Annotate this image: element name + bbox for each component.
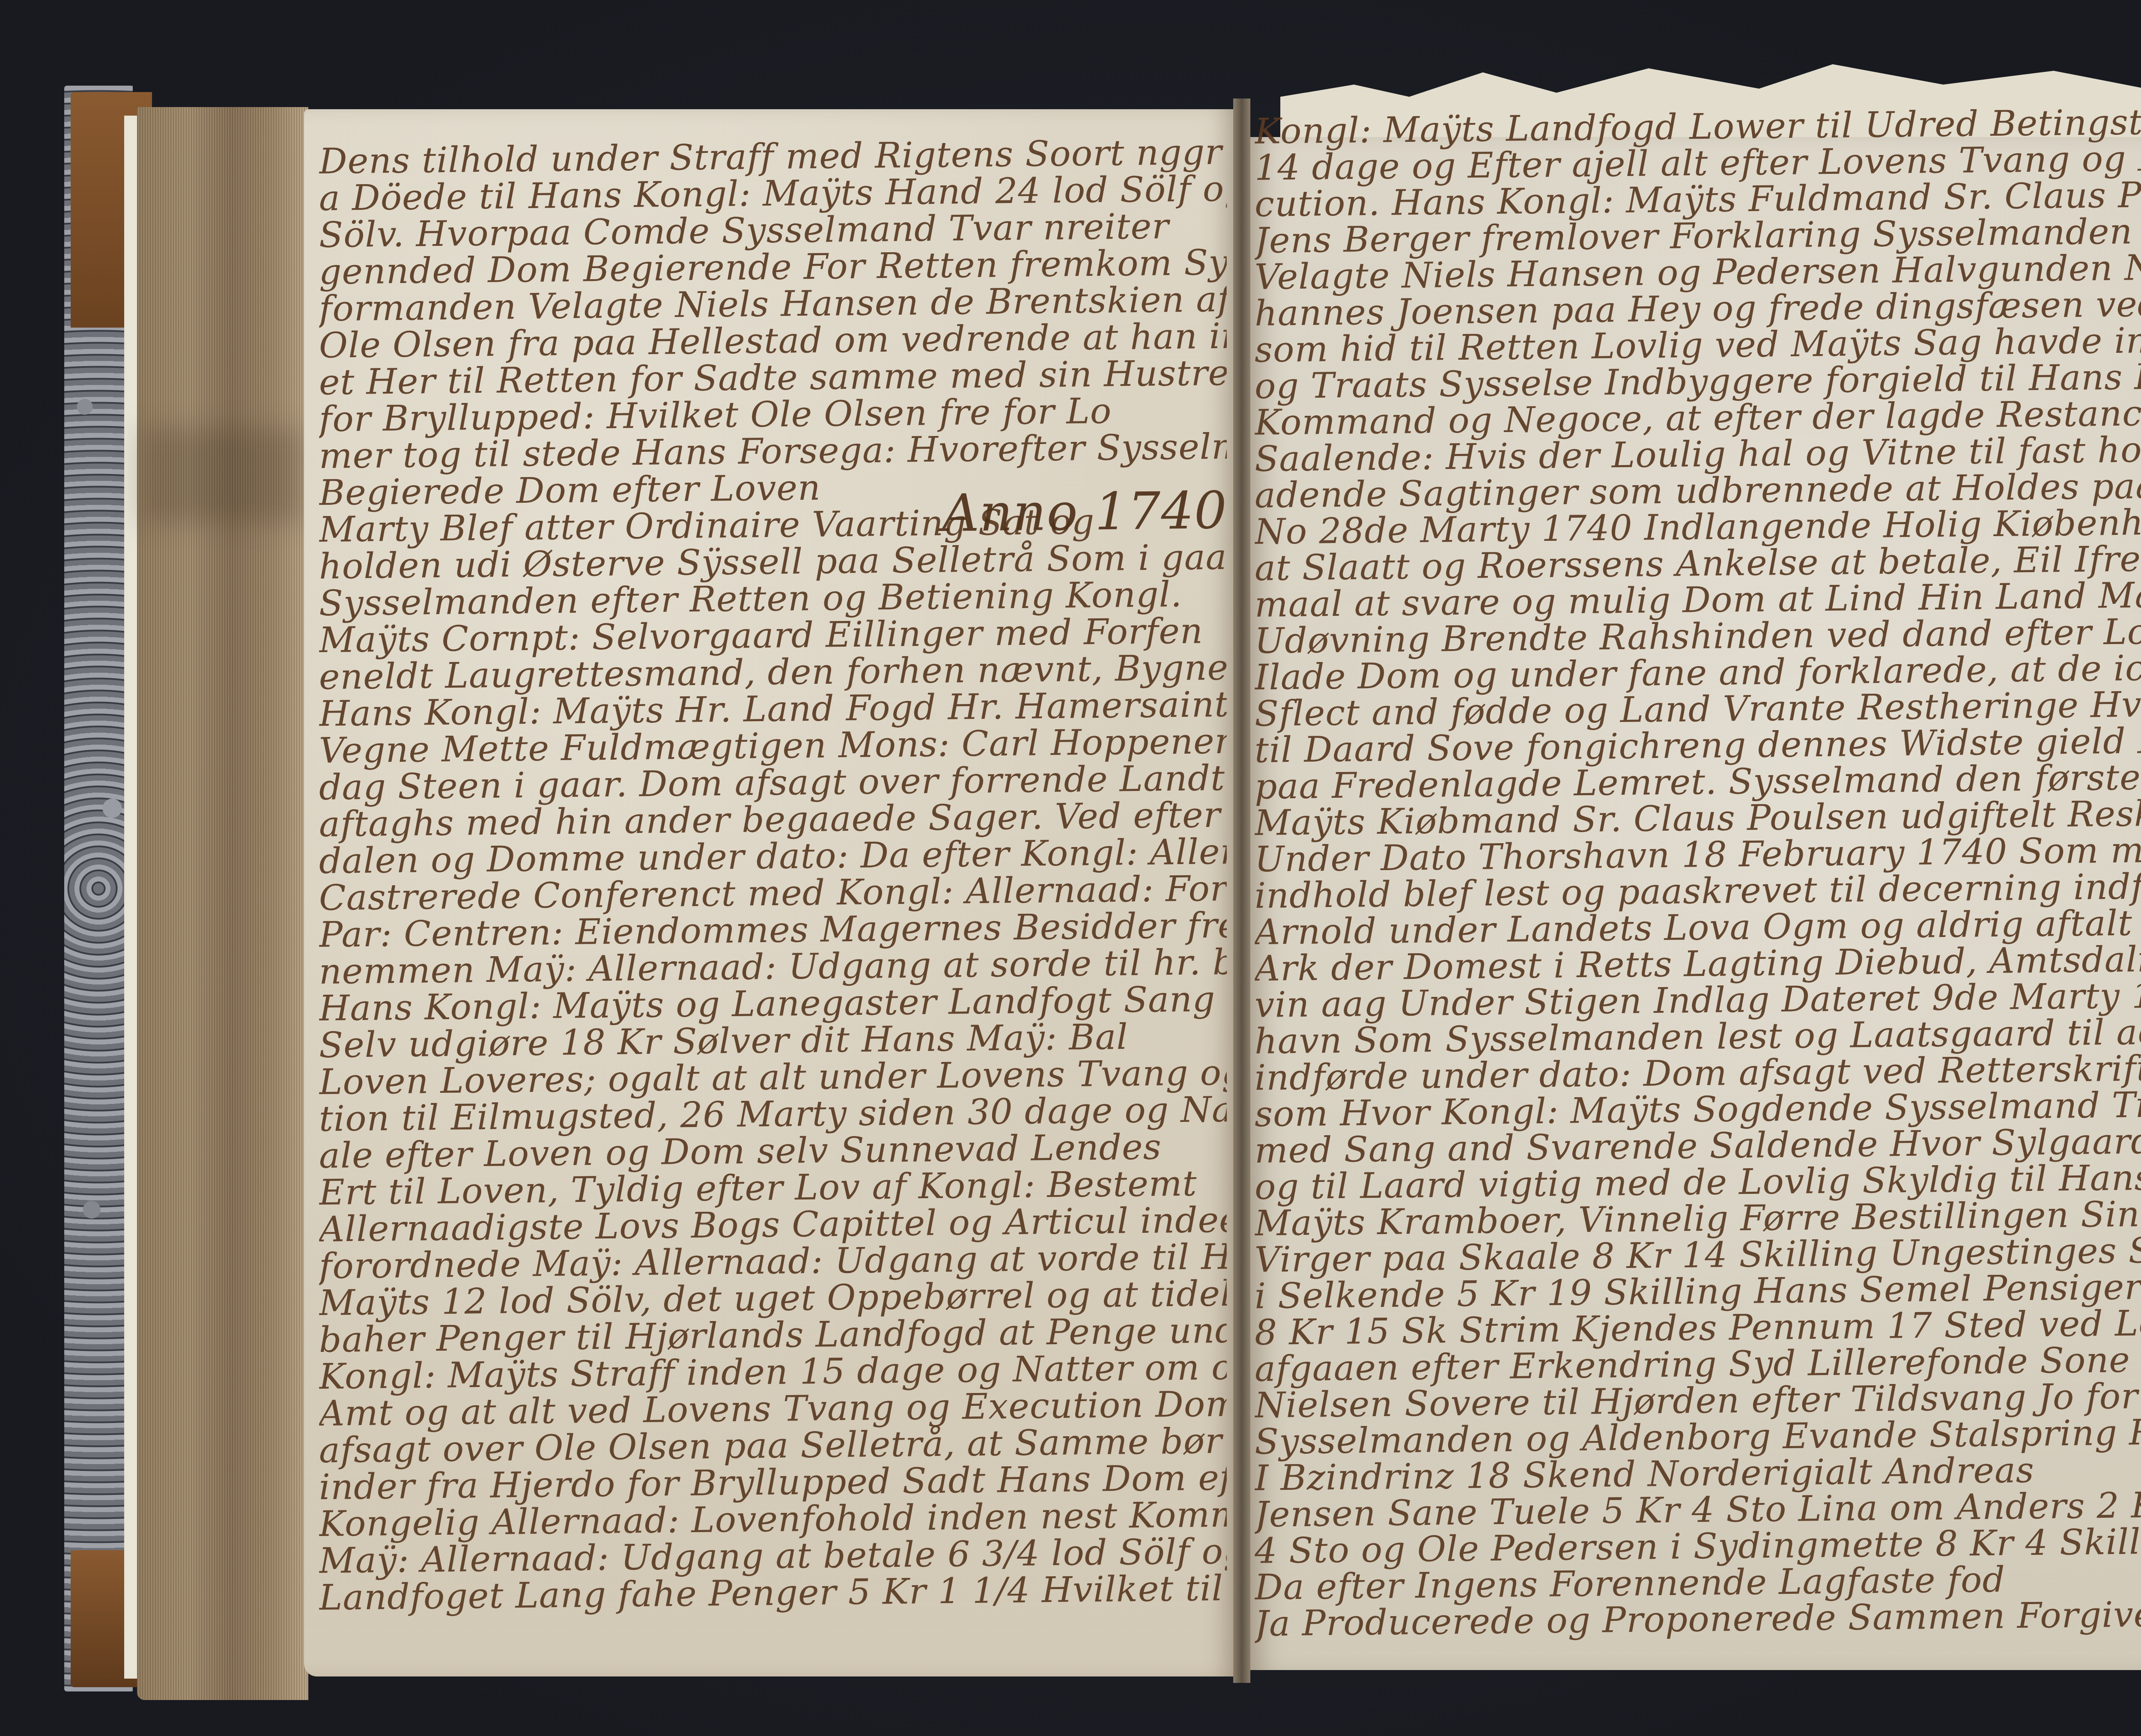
book-gutter bbox=[1233, 98, 1250, 1683]
year-heading: Anno 1740 bbox=[942, 481, 1227, 543]
page-block-fore-edge bbox=[137, 107, 308, 1700]
fore-edge-stain bbox=[141, 428, 304, 522]
